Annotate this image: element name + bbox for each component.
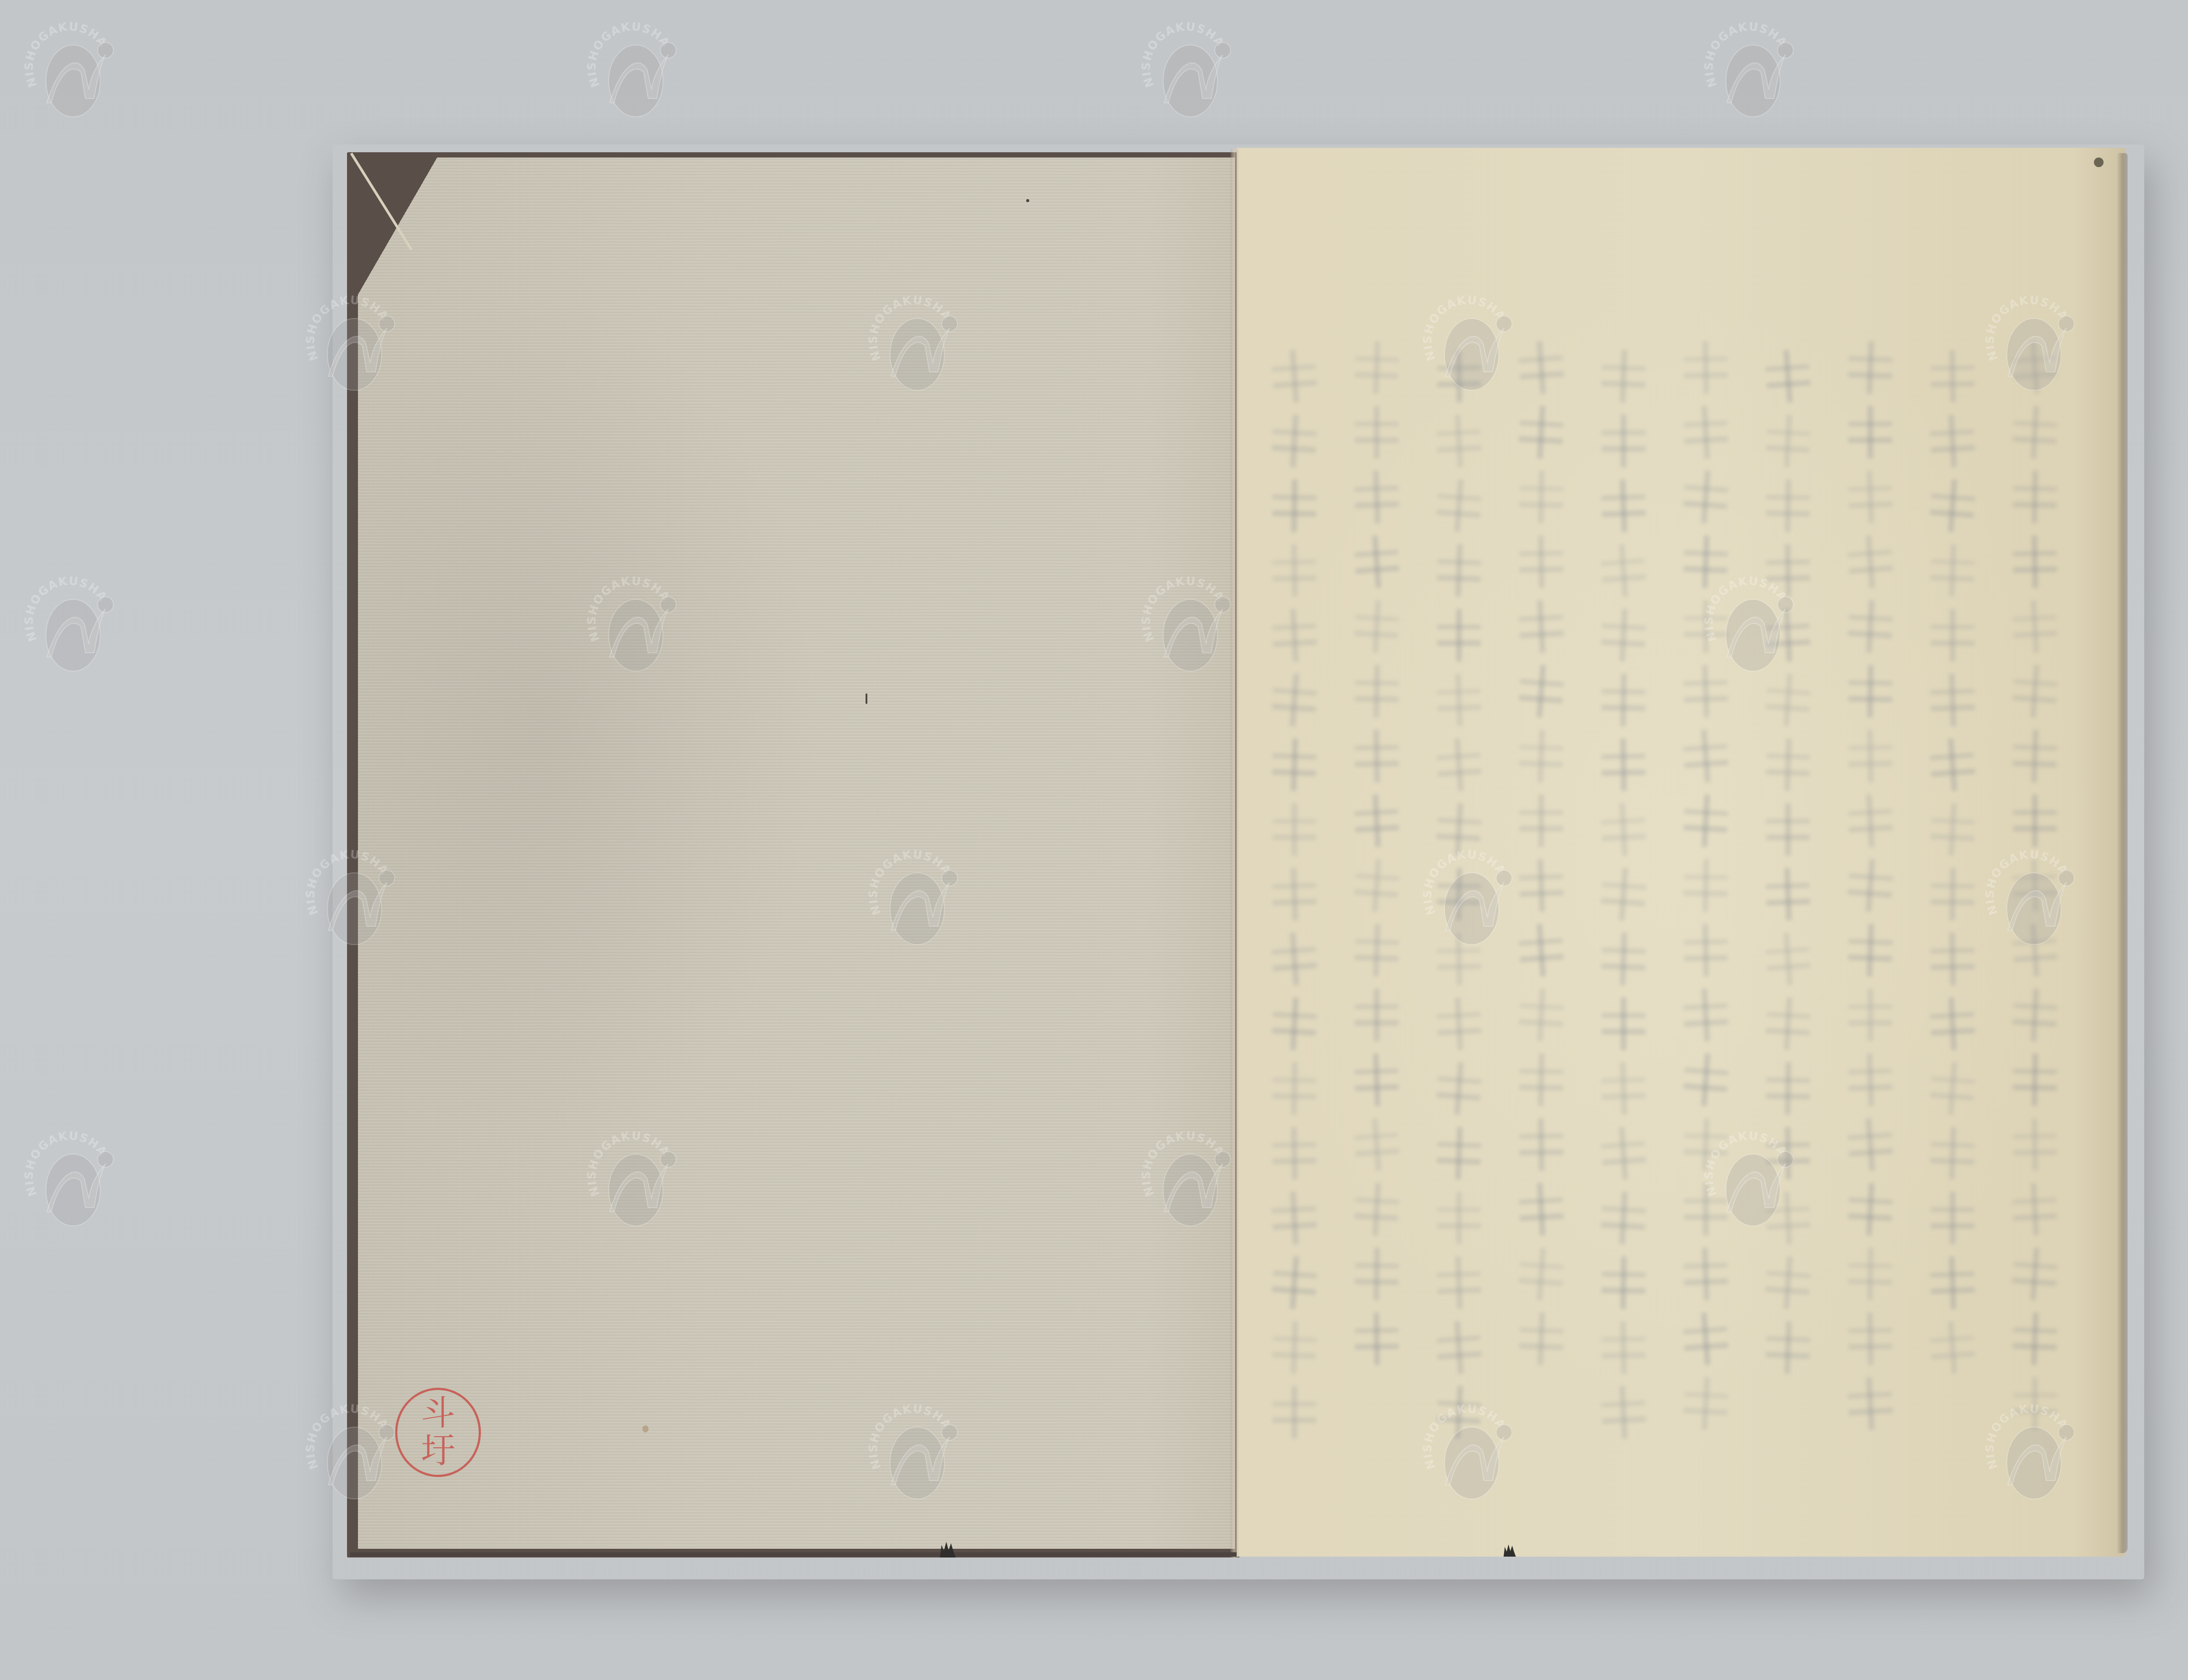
faded-glyph bbox=[2012, 599, 2058, 654]
faded-glyph bbox=[1271, 608, 1318, 662]
nishogakusha-watermark-icon: NISHOGAKUSHA bbox=[864, 293, 969, 398]
faded-glyph bbox=[1683, 341, 1728, 394]
faded-glyph bbox=[1601, 349, 1646, 403]
faded-glyph bbox=[1765, 738, 1811, 791]
faded-glyph bbox=[1764, 931, 1812, 987]
faded-glyph bbox=[2013, 794, 2057, 847]
nishogakusha-watermark-icon: NISHOGAKUSHA bbox=[301, 847, 406, 952]
faded-glyph bbox=[1766, 479, 1810, 532]
faded-glyph bbox=[1354, 923, 1399, 977]
faded-glyph bbox=[1518, 340, 1565, 395]
faded-glyph bbox=[1766, 1062, 1810, 1115]
faded-glyph bbox=[1682, 1052, 1729, 1108]
paper-mark bbox=[866, 693, 867, 704]
faded-glyph bbox=[1435, 737, 1483, 793]
nishogakusha-watermark-icon: NISHOGAKUSHA bbox=[1418, 1402, 1523, 1507]
faded-glyph bbox=[1272, 1062, 1317, 1115]
nishogakusha-watermark-icon: NISHOGAKUSHA bbox=[582, 20, 687, 125]
faded-glyph bbox=[1353, 793, 1400, 848]
faded-glyph bbox=[1766, 803, 1810, 856]
faded-glyph bbox=[2012, 1312, 2058, 1365]
faded-glyph bbox=[1518, 987, 1564, 1042]
paper-spot bbox=[2094, 157, 2104, 167]
faded-glyph bbox=[1848, 470, 1893, 524]
faded-glyph bbox=[1518, 1246, 1565, 1302]
faded-glyph bbox=[1353, 1117, 1400, 1172]
faded-glyph bbox=[1272, 1320, 1317, 1374]
faded-glyph bbox=[1271, 349, 1318, 404]
nishogakusha-watermark-icon: NISHOGAKUSHA bbox=[1137, 20, 1242, 125]
faded-glyph bbox=[1683, 987, 1729, 1042]
faded-glyph bbox=[1847, 1117, 1894, 1172]
faded-glyph bbox=[2013, 535, 2057, 588]
faded-glyph bbox=[1273, 1386, 1316, 1438]
faded-glyph bbox=[1847, 1182, 1893, 1236]
nishogakusha-watermark-icon: NISHOGAKUSHA bbox=[864, 1402, 969, 1507]
faded-glyph bbox=[1353, 534, 1400, 590]
faded-glyph bbox=[1682, 469, 1729, 525]
faded-glyph bbox=[1600, 1126, 1647, 1181]
faded-glyph bbox=[1519, 1053, 1564, 1106]
faded-glyph bbox=[1929, 996, 1976, 1051]
faded-glyph bbox=[2013, 1053, 2057, 1106]
nishogakusha-watermark-icon: NISHOGAKUSHA bbox=[1418, 847, 1523, 952]
faded-glyph bbox=[1683, 924, 1728, 977]
faded-glyph bbox=[1353, 599, 1400, 654]
faded-glyph bbox=[1601, 738, 1646, 791]
faded-glyph bbox=[1436, 996, 1482, 1051]
faded-glyph bbox=[1764, 672, 1812, 728]
faded-glyph bbox=[1930, 1126, 1975, 1180]
faded-glyph bbox=[1600, 608, 1647, 662]
faded-glyph bbox=[1354, 470, 1399, 524]
faded-glyph bbox=[1931, 1192, 1974, 1244]
faded-glyph bbox=[1683, 1376, 1729, 1431]
faded-glyph bbox=[1600, 1190, 1647, 1245]
faded-glyph bbox=[1519, 1118, 1564, 1171]
faded-glyph bbox=[1848, 665, 1893, 718]
nishogakusha-watermark-icon: NISHOGAKUSHA bbox=[1700, 574, 1805, 679]
faded-glyph bbox=[1765, 996, 1811, 1051]
text-column bbox=[1926, 350, 1979, 1386]
faded-glyph bbox=[1601, 1256, 1646, 1309]
faded-glyph bbox=[1436, 673, 1482, 727]
faded-glyph bbox=[1272, 1127, 1317, 1180]
nishogakusha-watermark-icon: NISHOGAKUSHA bbox=[1981, 293, 2086, 398]
text-column bbox=[1680, 341, 1732, 1442]
nishogakusha-watermark-icon: NISHOGAKUSHA bbox=[301, 1402, 406, 1507]
faded-glyph bbox=[1271, 672, 1318, 728]
faded-glyph bbox=[2012, 1182, 2058, 1236]
faded-glyph bbox=[1765, 1320, 1811, 1374]
nishogakusha-watermark-icon: NISHOGAKUSHA bbox=[582, 574, 687, 679]
faded-glyph bbox=[1436, 413, 1482, 468]
faded-glyph bbox=[1272, 867, 1317, 921]
faded-glyph bbox=[2012, 405, 2058, 459]
faded-glyph bbox=[1601, 932, 1646, 986]
faded-glyph bbox=[1601, 1321, 1646, 1374]
faded-glyph bbox=[1683, 1247, 1729, 1301]
faded-glyph bbox=[1929, 802, 1976, 857]
faded-glyph bbox=[1354, 665, 1399, 718]
faded-glyph bbox=[2013, 470, 2057, 524]
faded-glyph bbox=[1354, 1247, 1399, 1301]
faded-glyph bbox=[1354, 1053, 1399, 1106]
faded-glyph bbox=[1847, 858, 1894, 913]
faded-glyph bbox=[1848, 923, 1893, 977]
faded-glyph bbox=[1353, 1182, 1400, 1236]
faded-glyph bbox=[1272, 479, 1317, 532]
faded-glyph bbox=[1602, 415, 1645, 467]
faded-glyph bbox=[1518, 599, 1564, 654]
faded-glyph bbox=[1765, 413, 1811, 468]
faded-glyph bbox=[1436, 1126, 1482, 1180]
faded-glyph bbox=[1273, 803, 1316, 856]
faded-glyph bbox=[1930, 868, 1975, 921]
faded-glyph bbox=[1518, 1312, 1564, 1365]
faded-glyph bbox=[1354, 729, 1399, 783]
faded-glyph bbox=[1682, 728, 1729, 784]
faded-glyph bbox=[1436, 543, 1482, 597]
nishogakusha-watermark-icon: NISHOGAKUSHA bbox=[864, 847, 969, 952]
faded-glyph bbox=[1848, 729, 1893, 783]
faded-glyph bbox=[1353, 858, 1400, 913]
faded-glyph bbox=[1847, 599, 1893, 654]
faded-glyph bbox=[1848, 989, 1892, 1041]
faded-glyph bbox=[1436, 1256, 1482, 1309]
faded-glyph bbox=[1518, 1182, 1564, 1236]
faded-glyph bbox=[1929, 1061, 1976, 1116]
faded-glyph bbox=[2012, 987, 2058, 1042]
nishogakusha-watermark-icon: NISHOGAKUSHA bbox=[20, 1129, 125, 1234]
faded-glyph bbox=[1848, 1312, 1893, 1365]
faded-glyph bbox=[1354, 1312, 1399, 1365]
faded-glyph bbox=[1683, 859, 1728, 912]
faded-glyph bbox=[1847, 534, 1894, 590]
faded-glyph bbox=[1600, 1385, 1647, 1439]
faded-glyph bbox=[1518, 664, 1565, 719]
faded-glyph bbox=[1930, 350, 1975, 403]
red-ownership-seal: 斗 圩 bbox=[395, 1388, 481, 1477]
seal-character-top: 斗 bbox=[421, 1395, 455, 1432]
faded-glyph bbox=[1355, 406, 1399, 458]
faded-glyph bbox=[1435, 478, 1483, 534]
faded-glyph bbox=[1518, 858, 1564, 912]
faded-glyph bbox=[1518, 405, 1564, 459]
faded-glyph bbox=[2013, 1118, 2057, 1171]
book-spine-gutter bbox=[1231, 149, 1238, 1557]
faded-glyph bbox=[1931, 609, 1974, 661]
faded-glyph bbox=[1600, 543, 1647, 598]
faded-glyph bbox=[1764, 1255, 1812, 1311]
faded-glyph bbox=[1437, 609, 1481, 661]
faded-glyph bbox=[1600, 867, 1647, 922]
faded-glyph bbox=[1683, 793, 1729, 848]
faded-glyph bbox=[1848, 1247, 1893, 1301]
faded-glyph bbox=[1764, 349, 1812, 404]
left-page bbox=[358, 157, 1235, 1549]
nishogakusha-watermark-icon: NISHOGAKUSHA bbox=[1700, 20, 1805, 125]
text-column bbox=[1597, 350, 1650, 1451]
nishogakusha-watermark-icon: NISHOGAKUSHA bbox=[1700, 1129, 1805, 1234]
nishogakusha-watermark-icon: NISHOGAKUSHA bbox=[1981, 1402, 2086, 1507]
faded-glyph bbox=[1518, 923, 1565, 978]
faded-glyph bbox=[1435, 1061, 1483, 1116]
faded-glyph bbox=[1848, 406, 1892, 458]
faded-glyph bbox=[1518, 729, 1564, 783]
faded-glyph bbox=[1355, 989, 1399, 1041]
nishogakusha-watermark-icon: NISHOGAKUSHA bbox=[582, 1129, 687, 1234]
faded-glyph bbox=[2011, 1246, 2058, 1302]
faded-glyph bbox=[1354, 340, 1399, 394]
text-column bbox=[1350, 341, 1403, 1377]
faded-glyph bbox=[1683, 405, 1729, 459]
faded-glyph bbox=[1600, 802, 1647, 857]
right-page-edge bbox=[2117, 153, 2128, 1553]
nishogakusha-watermark-icon: NISHOGAKUSHA bbox=[1137, 574, 1242, 679]
nishogakusha-watermark-icon: NISHOGAKUSHA bbox=[1981, 847, 2086, 952]
faded-glyph bbox=[1930, 1256, 1975, 1309]
nishogakusha-watermark-icon: NISHOGAKUSHA bbox=[20, 20, 125, 125]
nishogakusha-watermark-icon: NISHOGAKUSHA bbox=[20, 574, 125, 679]
faded-glyph bbox=[1272, 544, 1317, 597]
faded-glyph bbox=[1601, 479, 1646, 532]
faded-glyph bbox=[1271, 413, 1318, 468]
faded-glyph bbox=[1929, 1320, 1976, 1375]
faded-glyph bbox=[1847, 793, 1893, 848]
nishogakusha-watermark-icon: NISHOGAKUSHA bbox=[1418, 293, 1523, 398]
faded-glyph bbox=[1765, 867, 1811, 921]
faded-glyph bbox=[1929, 737, 1976, 793]
faded-glyph bbox=[1847, 1376, 1893, 1431]
faded-glyph bbox=[1272, 738, 1317, 791]
text-column bbox=[1844, 341, 1897, 1442]
text-column bbox=[1268, 350, 1321, 1451]
faded-glyph bbox=[1848, 340, 1893, 394]
faded-glyph bbox=[1271, 1255, 1318, 1311]
faded-glyph bbox=[1930, 932, 1975, 986]
nishogakusha-watermark-icon: NISHOGAKUSHA bbox=[1137, 1129, 1242, 1234]
faded-glyph bbox=[1601, 673, 1646, 727]
faded-glyph bbox=[2011, 664, 2058, 719]
faded-glyph bbox=[1271, 1190, 1318, 1245]
faded-glyph bbox=[1519, 794, 1563, 847]
faded-glyph bbox=[1682, 1311, 1729, 1367]
faded-glyph bbox=[2012, 729, 2058, 783]
faded-glyph bbox=[1519, 535, 1564, 588]
faded-glyph bbox=[1930, 543, 1975, 597]
nishogakusha-watermark-icon: NISHOGAKUSHA bbox=[301, 293, 406, 398]
faded-glyph bbox=[1437, 1192, 1481, 1244]
faded-glyph bbox=[1929, 413, 1976, 468]
faded-glyph bbox=[1930, 673, 1975, 727]
faded-glyph bbox=[1601, 1061, 1646, 1115]
faded-glyph bbox=[1435, 1320, 1483, 1375]
faded-glyph bbox=[1271, 931, 1318, 987]
faded-glyph bbox=[1929, 478, 1976, 534]
paper-spot bbox=[642, 1425, 649, 1432]
faded-glyph bbox=[1271, 996, 1318, 1051]
faded-glyph bbox=[1519, 470, 1564, 524]
cover-bottom-edge bbox=[350, 1552, 1237, 1557]
faded-glyph bbox=[1602, 997, 1645, 1050]
paper-spot bbox=[1026, 199, 1029, 202]
faded-glyph bbox=[1848, 1053, 1893, 1106]
seal-character-bottom: 圩 bbox=[421, 1432, 455, 1470]
